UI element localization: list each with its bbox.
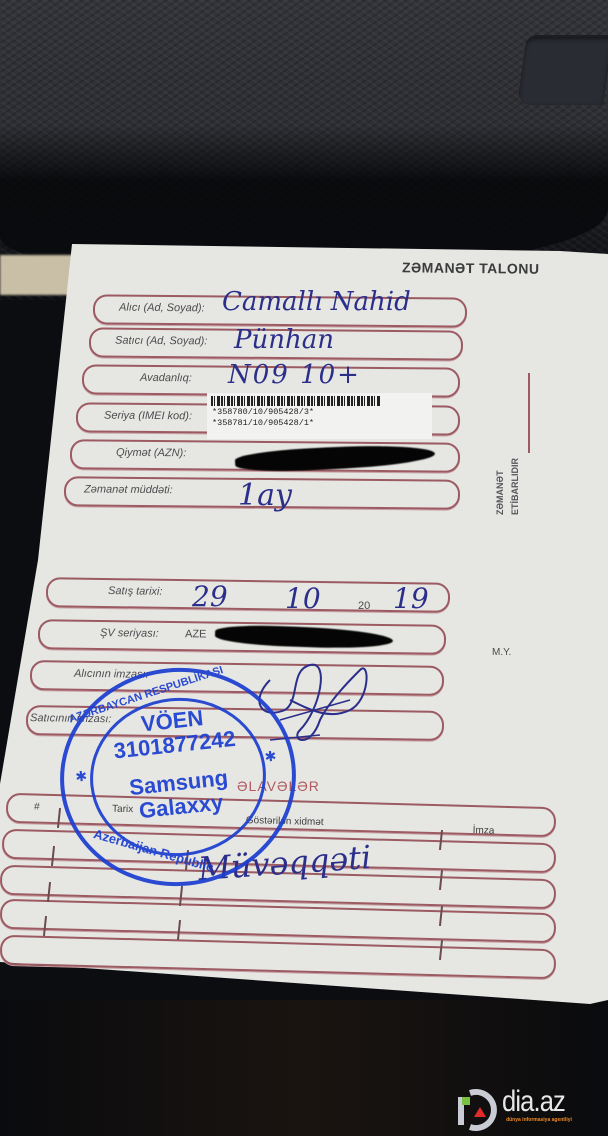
stamp-place-label: M.Y. (492, 647, 511, 658)
field-label: Qiymət (AZN): (116, 447, 186, 460)
imei-line: *358781/10/905428/1* (212, 418, 432, 429)
field-label: Satış tarixi: (108, 585, 163, 598)
validity-line (528, 373, 530, 453)
field-label: Seriya (IMEI kod): (104, 410, 192, 423)
imei-line: *358780/10/905428/3* (212, 407, 432, 418)
warranty-card: ZƏMANƏT TALONU Alıcı (Ad, Soyad): Camall… (0, 0, 608, 1136)
imei-sticker: *358780/10/905428/3* *358781/10/905428/1… (207, 393, 432, 439)
sv-prefix: AZE (185, 628, 207, 640)
col-number: # (34, 802, 40, 813)
field-label: Avadanlıq: (140, 372, 192, 384)
dia-logo-icon (452, 1087, 500, 1131)
card-title: ZƏMANƏT TALONU (402, 259, 540, 276)
sale-day: 29 (192, 580, 228, 613)
field-value-buyer: Camallı Nahid (222, 287, 411, 317)
field-label: ŞV seriyası: (100, 627, 159, 640)
star-icon: ✱ (75, 768, 88, 786)
sale-year: 19 (393, 582, 429, 615)
watermark-tagline: dünya informasiya agentliyi (504, 1117, 574, 1123)
validity-note-line2: ETİBARLIDIR (510, 458, 520, 515)
watermark-brand: dia.az (502, 1085, 565, 1119)
sale-century: 20 (358, 600, 370, 612)
validity-note-line1: ZƏMANƏT (495, 470, 505, 515)
field-label: Zəmanət müddəti: (84, 483, 173, 496)
col-signature: İmza (473, 825, 495, 837)
field-sale-date: Satış tarixi: (46, 577, 450, 613)
field-label: Satıcı (Ad, Soyad): (115, 335, 207, 348)
star-icon: ✱ (264, 748, 277, 766)
field-label: Alıcı (Ad, Soyad): (119, 302, 205, 315)
field-value-seller: Pünhan (234, 325, 334, 355)
barcode (211, 396, 381, 406)
sale-month: 10 (285, 582, 321, 615)
field-value-warranty-period: 1ay (238, 478, 292, 513)
field-value-device: N09 10+ (228, 360, 361, 390)
watermark-logo: dia.az dünya informasiya agentliyi (452, 1087, 602, 1131)
